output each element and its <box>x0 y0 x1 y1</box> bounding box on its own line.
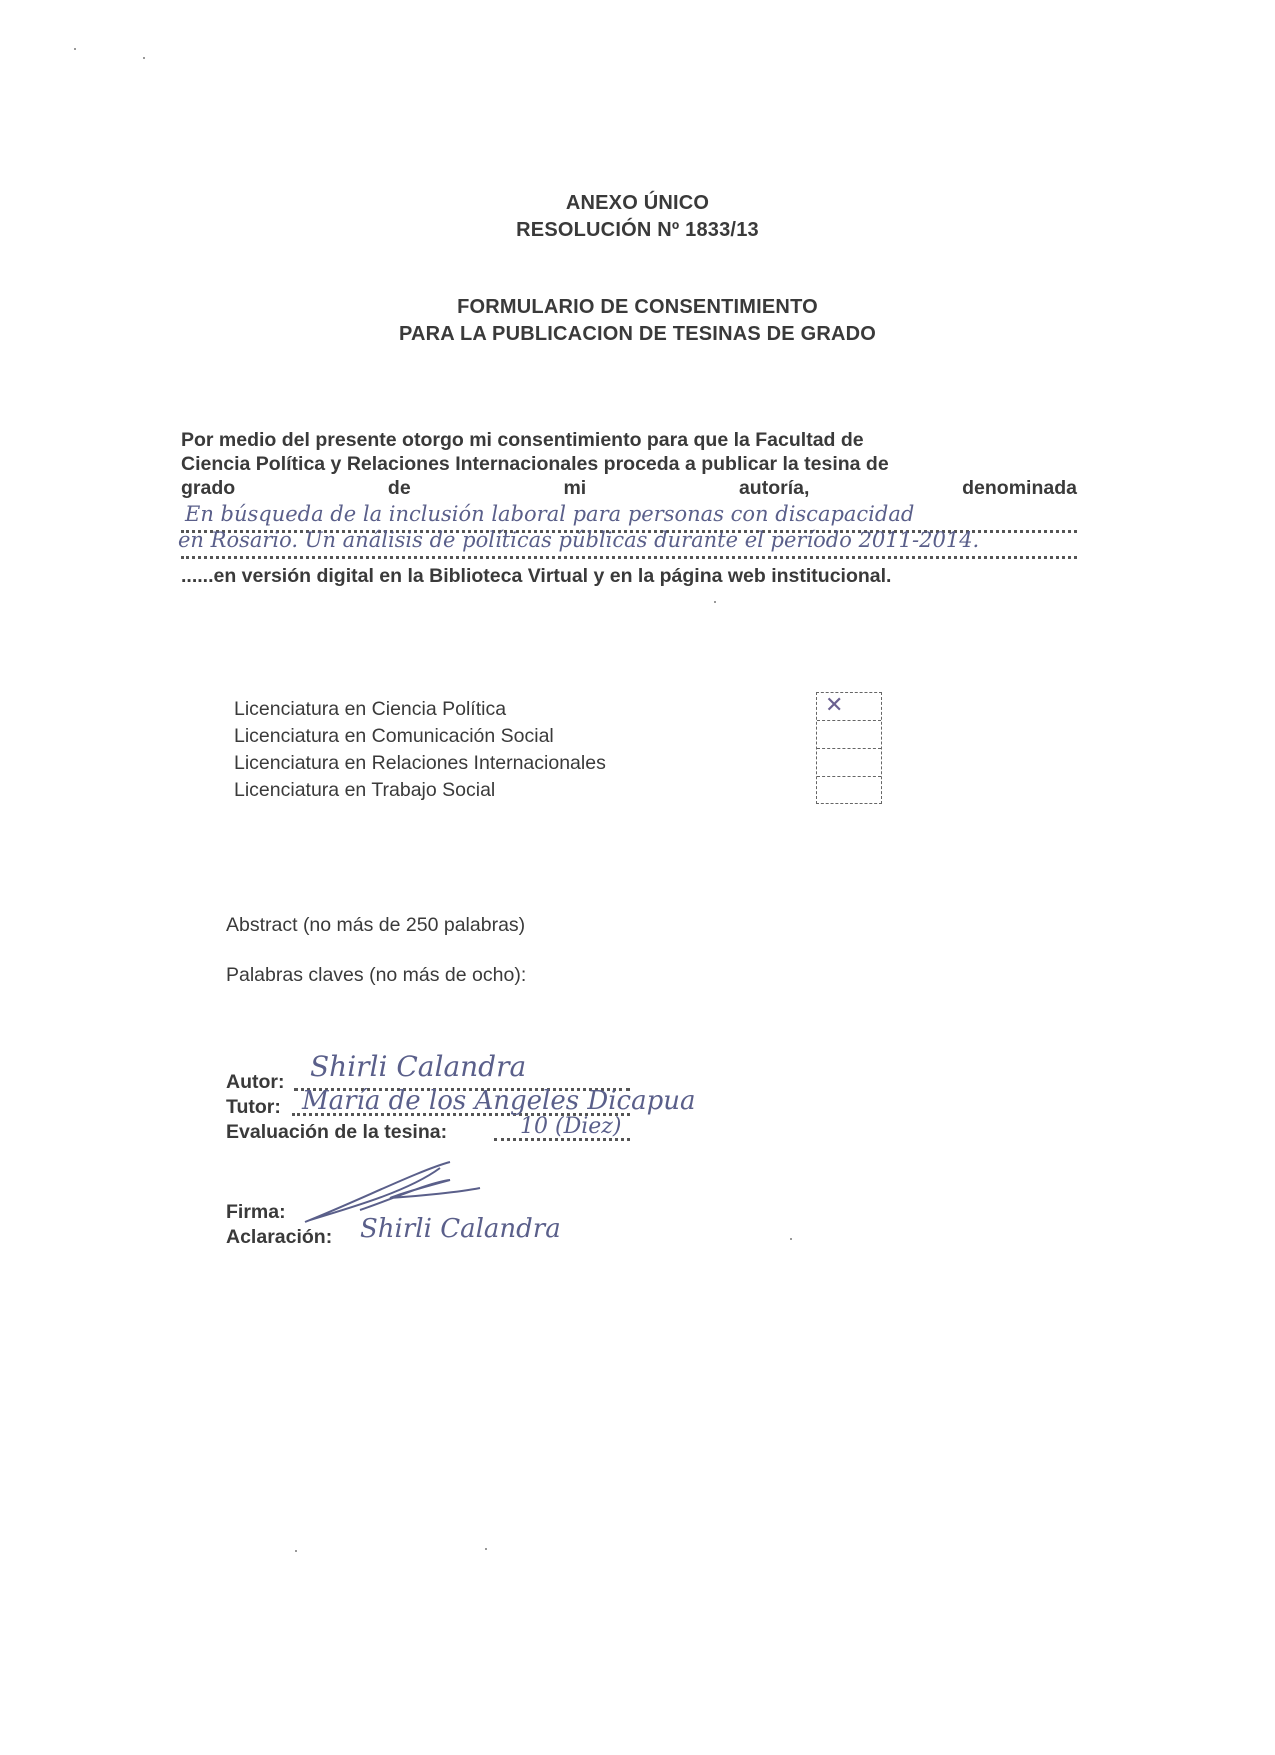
career-relaciones-internacionales: Licenciatura en Relaciones Internacional… <box>234 750 606 777</box>
resolution-number: RESOLUCIÓN Nº 1833/13 <box>0 219 1275 242</box>
signature-label: Firma: <box>226 1201 286 1224</box>
author-label: Autor: <box>226 1071 284 1094</box>
scan-speck <box>295 1550 297 1552</box>
consent-line-2: Ciencia Política y Relaciones Internacio… <box>181 452 1077 476</box>
evaluation-value[interactable]: 10 (Diez) <box>520 1114 621 1139</box>
scan-speck <box>74 48 76 50</box>
word-grado: grado <box>181 476 235 500</box>
annex-title: ANEXO ÚNICO <box>0 192 1275 215</box>
checkbox-trabajo-social[interactable] <box>817 777 881 804</box>
checkbox-comunicacion-social[interactable] <box>817 721 881 749</box>
consent-line-1: Por medio del presente otorgo mi consent… <box>181 428 1077 452</box>
scan-speck <box>790 1238 792 1240</box>
word-de: de <box>388 476 411 500</box>
form-title-line2: PARA LA PUBLICACION DE TESINAS DE GRADO <box>0 323 1275 346</box>
clarification-label: Aclaración: <box>226 1226 332 1249</box>
clarification-value[interactable]: Shirli Calandra <box>360 1214 561 1244</box>
word-denominada: denominada <box>962 476 1077 500</box>
career-ciencia-politica: Licenciatura en Ciencia Política <box>234 696 606 723</box>
career-trabajo-social: Licenciatura en Trabajo Social <box>234 777 606 804</box>
tutor-label: Tutor: <box>226 1096 281 1119</box>
consent-paragraph: Por medio del presente otorgo mi consent… <box>181 428 1077 500</box>
thesis-title-line1[interactable]: En búsqueda de la inclusión laboral para… <box>185 502 914 526</box>
consent-closing: ......en versión digital en la Bibliotec… <box>181 564 1077 588</box>
checkbox-relaciones-internacionales[interactable] <box>817 749 881 777</box>
author-value[interactable]: Shirli Calandra <box>310 1050 526 1083</box>
thesis-title-line2[interactable]: en Rosario. Un análisis de políticas púb… <box>178 528 979 552</box>
scan-speck <box>714 601 716 603</box>
career-comunicacion-social: Licenciatura en Comunicación Social <box>234 723 606 750</box>
word-autoria: autoría, <box>739 476 809 500</box>
abstract-label: Abstract (no más de 250 palabras) <box>226 914 525 937</box>
form-title-line1: FORMULARIO DE CONSENTIMIENTO <box>0 296 1275 319</box>
consent-text-1: Por medio del presente otorgo mi consent… <box>181 428 864 452</box>
abstract-label-text: Abstract (no más de 250 palabras) <box>226 914 525 936</box>
checkbox-ciencia-politica[interactable]: ✕ <box>817 693 881 721</box>
scan-speck <box>143 57 145 59</box>
careers-list: Licenciatura en Ciencia Política Licenci… <box>234 696 606 804</box>
career-checkbox-column: ✕ <box>816 692 882 804</box>
consent-line-3: grado de mi autoría, denominada <box>181 476 1077 500</box>
evaluation-label: Evaluación de la tesina: <box>226 1121 447 1144</box>
keywords-label: Palabras claves (no más de ocho): <box>226 964 526 987</box>
word-mi: mi <box>563 476 586 500</box>
tutor-value[interactable]: María de los Angeles Dicapua <box>302 1086 695 1116</box>
thesis-title-line2-dots <box>181 556 1077 559</box>
x-mark-icon: ✕ <box>825 693 843 718</box>
scan-speck <box>485 1548 487 1550</box>
consent-text-2: Ciencia Política y Relaciones Internacio… <box>181 452 889 476</box>
consent-closing-text: ......en versión digital en la Bibliotec… <box>181 565 891 587</box>
